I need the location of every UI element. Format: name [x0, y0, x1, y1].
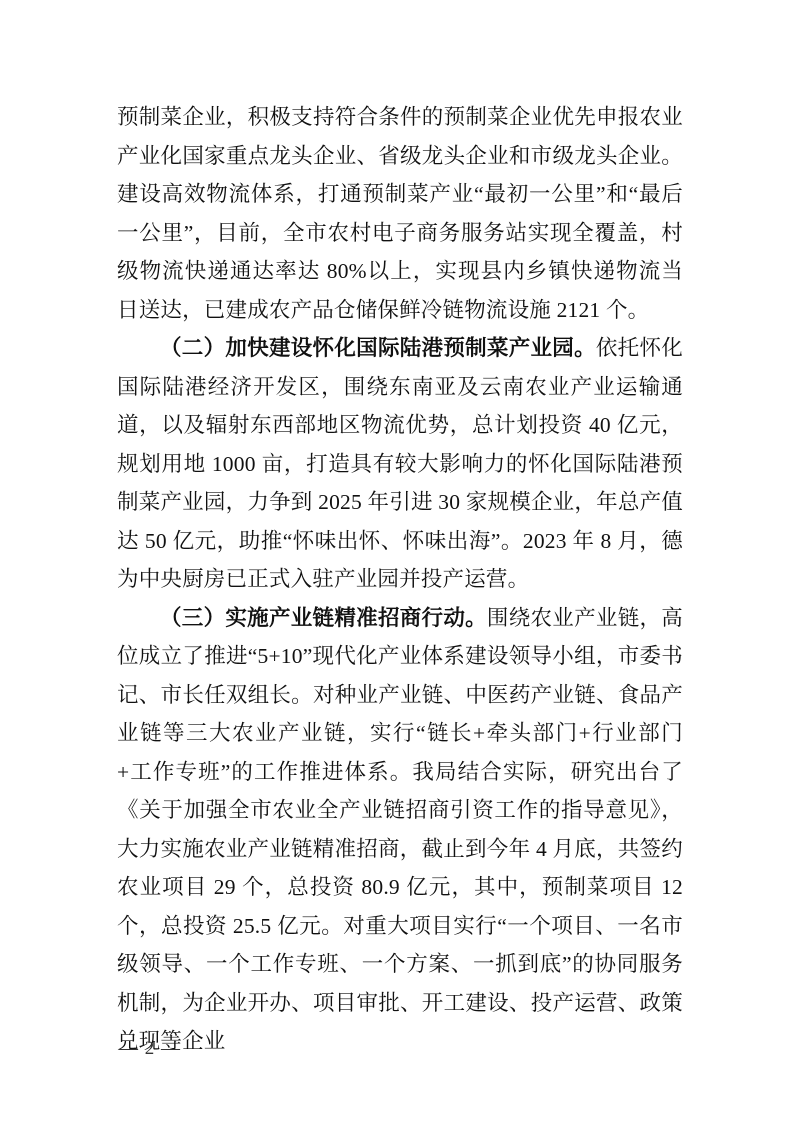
body-paragraph: （三）实施产业链精准招商行动。围绕农业产业链，高位成立了推进“5+10”现代化产… [117, 599, 683, 1061]
paragraph-text: 围绕农业产业链，高位成立了推进“5+10”现代化产业体系建设领导小组，市委书记、… [117, 606, 683, 1054]
body-paragraph: 预制菜企业，积极支持符合条件的预制菜企业优先申报农业产业化国家重点龙头企业、省级… [117, 98, 683, 329]
paragraph-text: 预制菜企业，积极支持符合条件的预制菜企业优先申报农业产业化国家重点龙头企业、省级… [117, 105, 683, 322]
paragraph-heading: （三）实施产业链精准招商行动。 [160, 606, 487, 630]
document-body: 预制菜企业，积极支持符合条件的预制菜企业优先申报农业产业化国家重点龙头企业、省级… [117, 98, 683, 1061]
body-paragraph: （二）加快建设怀化国际陆港预制菜产业园。依托怀化国际陆港经济开发区，围绕东南亚及… [117, 329, 683, 599]
paragraph-text: 依托怀化国际陆港经济开发区，围绕东南亚及云南农业产业运输通道，以及辐射东西部地区… [117, 336, 683, 591]
document-page: 预制菜企业，积极支持符合条件的预制菜企业优先申报农业产业化国家重点龙头企业、省级… [0, 0, 793, 1122]
page-number: — 2 — [119, 1036, 181, 1062]
paragraph-heading: （二）加快建设怀化国际陆港预制菜产业园。 [160, 336, 596, 360]
